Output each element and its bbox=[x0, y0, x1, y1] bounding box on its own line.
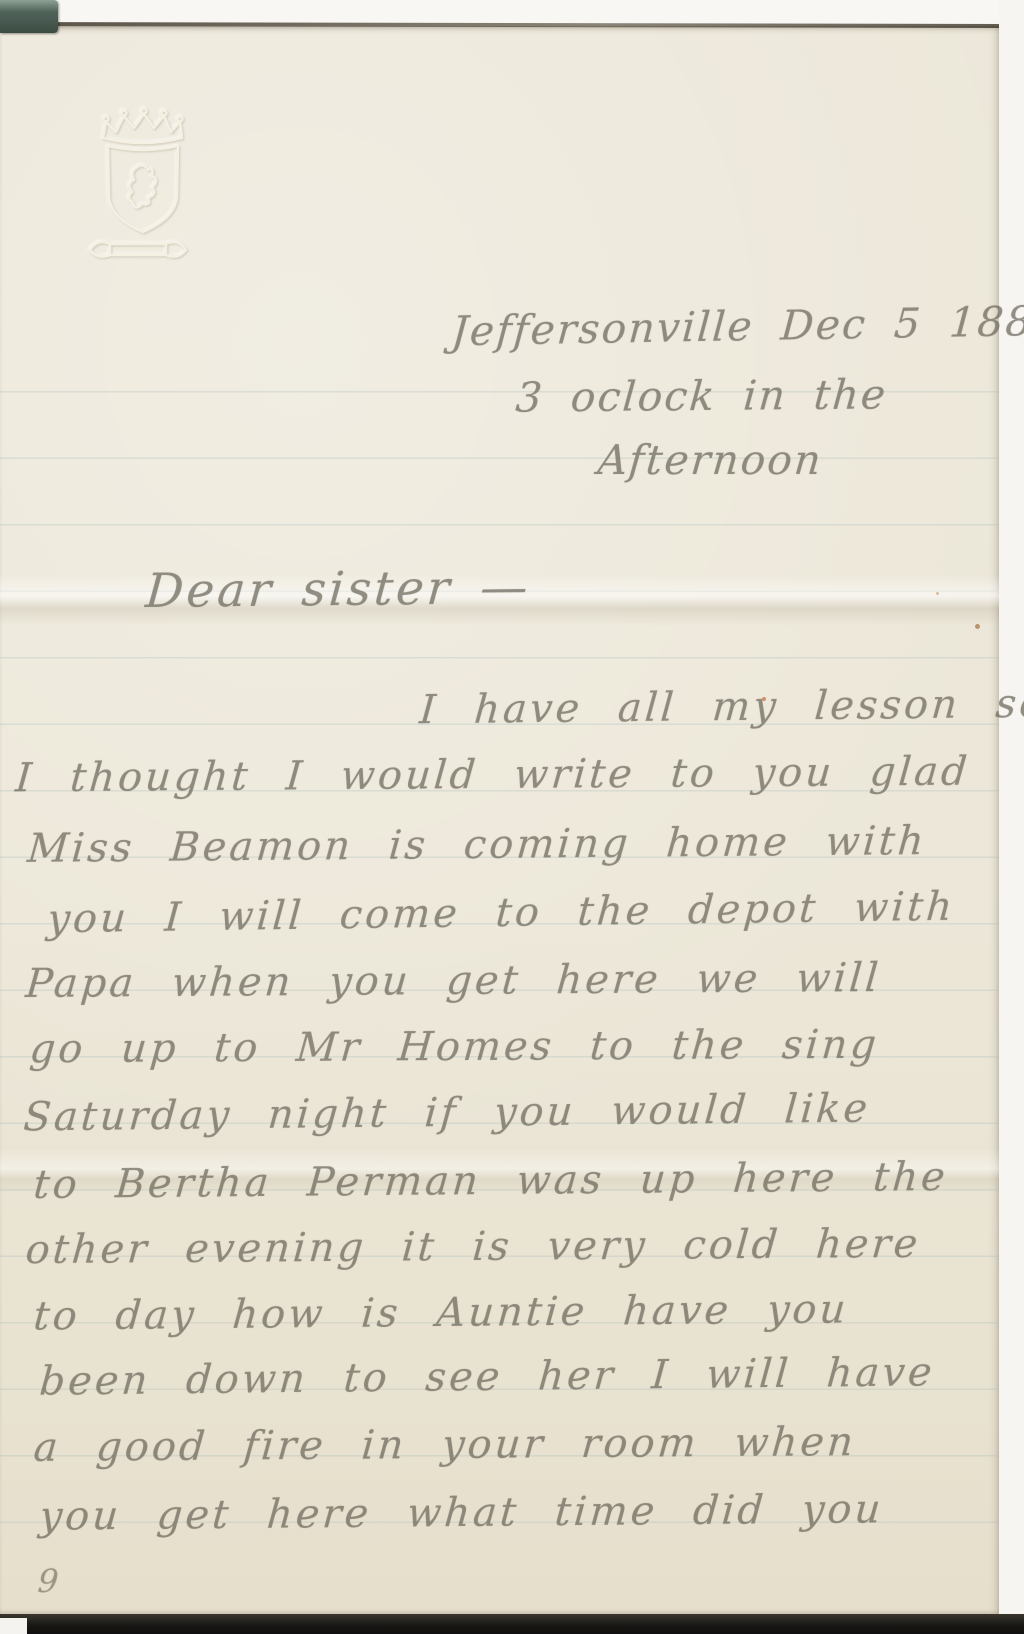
body-line: a good fire in your room when bbox=[32, 1419, 858, 1471]
body-line: to day how is Auntie have you bbox=[32, 1286, 850, 1339]
foxing-speck bbox=[936, 592, 939, 595]
heading-time: 3 oclock in the bbox=[514, 370, 889, 421]
body-line: I have all my lesson so bbox=[418, 681, 1024, 734]
body-line: Papa when you get here we will bbox=[24, 955, 883, 1007]
body-line: been down to see her I will have bbox=[38, 1349, 937, 1404]
body-line: Saturday night if you would like bbox=[22, 1086, 872, 1141]
body-line: other evening it is very cold here bbox=[24, 1221, 922, 1273]
body-line: I thought I would write to you glad bbox=[14, 749, 972, 802]
heading-place-date: Jeffersonville Dec 5 1885 bbox=[450, 297, 1024, 356]
scan-bottom-band bbox=[0, 1614, 1024, 1634]
scan-right-strip bbox=[999, 0, 1024, 1634]
scanner-clip-icon bbox=[0, 0, 58, 33]
body-line: Miss Beamon is coming home with bbox=[26, 818, 929, 872]
body-line: go up to Mr Homes to the sing bbox=[28, 1022, 881, 1072]
page-number: 9 bbox=[36, 1562, 60, 1600]
foxing-speck bbox=[975, 624, 980, 629]
body-line: you get here what time did you bbox=[38, 1486, 885, 1539]
salutation: Dear sister — bbox=[144, 560, 533, 619]
embossed-crest-icon bbox=[78, 100, 198, 270]
scan-bottom-notch bbox=[0, 1618, 27, 1634]
body-line: to Bertha Perman was up here the bbox=[32, 1154, 950, 1208]
foxing-speck bbox=[762, 697, 766, 701]
heading-period: Afternoon bbox=[596, 436, 825, 484]
